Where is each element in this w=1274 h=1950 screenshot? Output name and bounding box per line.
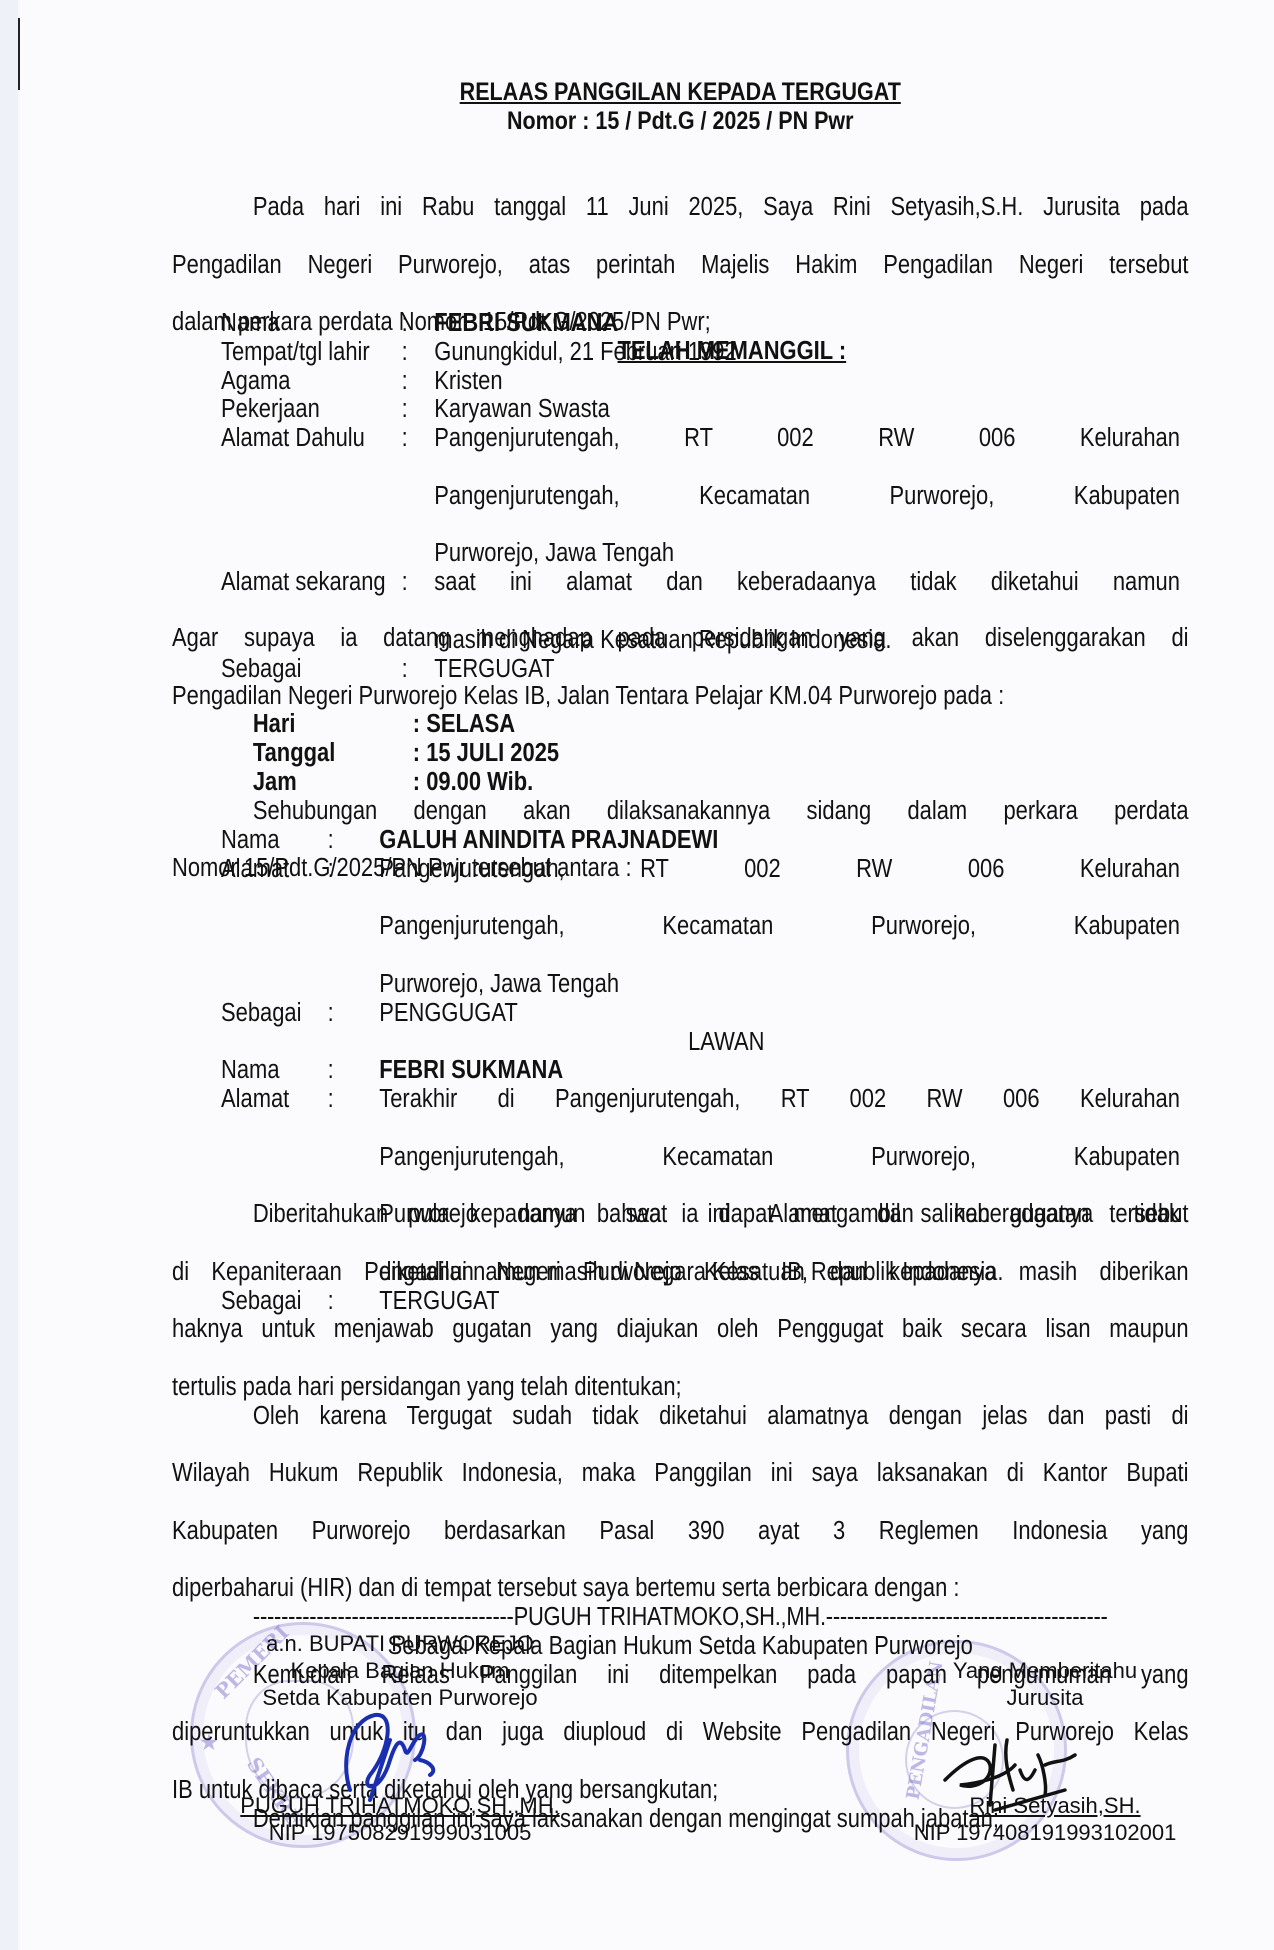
field-value: FEBRI SUKMANA [434, 309, 1180, 338]
field-label: Pekerjaan [221, 395, 402, 424]
address-line: Terakhir di Pangenjurutengah, RT 002 RW … [379, 1085, 1180, 1143]
notice-line: diperbaharui (HIR) dan di tempat tersebu… [172, 1574, 1189, 1603]
address-line: Pangenjurutengah, Kecamatan Purworejo, K… [434, 482, 1180, 540]
field-label: Sebagai [221, 999, 328, 1028]
case-number: Nomor : 15 / Pdt.G / 2025 / PN Pwr [172, 107, 1189, 136]
address-line: Pangenjurutengah, RT 002 RW 006 Keluraha… [434, 424, 1180, 482]
intro-line: Pengadilan Negeri Purworejo, atas perint… [172, 251, 1189, 309]
plaintiff-name-row: Nama : GALUH ANINDITA PRAJNADEWI [221, 826, 1180, 855]
right-handwritten-signature [935, 1725, 1085, 1815]
field-colon: : [402, 424, 435, 568]
schedule-label: Hari [253, 710, 413, 739]
notice-line: Diberitahukan pula kepadanya bahwa ia da… [172, 1200, 1189, 1258]
field-value: Kristen [434, 367, 1180, 396]
field-row: Alamat Dahulu : Pangenjurutengah, RT 002… [221, 424, 1180, 568]
field-colon: : [328, 855, 380, 999]
met-person-line: -------------------------------------PUG… [172, 1603, 1189, 1632]
field-label: Tempat/tgl lahir [221, 338, 402, 367]
scan-left-margin [0, 0, 18, 1950]
field-value: Pangenjurutengah, RT 002 RW 006 Keluraha… [434, 424, 1180, 568]
hearing-line: Agar supaya ia datang menghadap pada per… [172, 624, 1189, 682]
field-colon: : [328, 826, 380, 855]
address-line: saat ini alamat dan keberadaanya tidak d… [434, 568, 1180, 626]
schedule-row: Hari : SELASA [253, 710, 1189, 739]
intro-line: Pada hari ini Rabu tanggal 11 Juni 2025,… [172, 193, 1189, 251]
address-line: Purworejo, Jawa Tengah [434, 539, 1180, 568]
field-colon: : [328, 999, 380, 1028]
schedule-value: : SELASA [413, 710, 515, 739]
field-label: Nama [221, 1056, 328, 1085]
field-colon: : [402, 309, 435, 338]
plaintiff-name: GALUH ANINDITA PRAJNADEWI [379, 826, 1180, 855]
plaintiff-role-row: Sebagai : PENGGUGAT [221, 999, 1180, 1028]
field-value: Gunungkidul, 21 Februari 1992 [434, 338, 1180, 367]
hearing-line: Pengadilan Negeri Purworejo Kelas IB, Ja… [172, 682, 1189, 711]
right-signatory-nip: NIP 197408191993102001 [900, 1819, 1190, 1846]
defendant-name: FEBRI SUKMANA [379, 1056, 1180, 1085]
schedule-row: Tanggal : 15 JULI 2025 [253, 739, 1189, 768]
notice-line: Kabupaten Purworejo berdasarkan Pasal 39… [172, 1517, 1189, 1575]
document-header: RELAAS PANGGILAN KEPADA TERGUGAT Nomor :… [172, 78, 1189, 136]
address-line: Pangenjurutengah, RT 002 RW 006 Keluraha… [379, 855, 1180, 913]
schedule-label: Jam [253, 768, 413, 797]
field-row: Pekerjaan : Karyawan Swasta [221, 395, 1180, 424]
address-line: Pangenjurutengah, Kecamatan Purworejo, K… [379, 1143, 1180, 1201]
field-row: Nama : FEBRI SUKMANA [221, 309, 1180, 338]
right-sign-title: Yang Memberitahu [900, 1657, 1190, 1684]
plaintiff-address-row: Alamat : Pangenjurutengah, RT 002 RW 006… [221, 855, 1180, 999]
schedule-value: : 09.00 Wib. [413, 768, 533, 797]
left-handwritten-signature [320, 1700, 460, 1810]
document-title: RELAAS PANGGILAN KEPADA TERGUGAT [172, 78, 1189, 107]
defendant-name-row: Nama : FEBRI SUKMANA [221, 1056, 1180, 1085]
field-row: Agama : Kristen [221, 367, 1180, 396]
field-colon: : [402, 395, 435, 424]
notice-line: Wilayah Hukum Republik Indonesia, maka P… [172, 1459, 1189, 1517]
schedule-row: Jam : 09.00 Wib. [253, 768, 1189, 797]
address-line: Pangenjurutengah, Kecamatan Purworejo, K… [379, 912, 1180, 970]
schedule-label: Tanggal [253, 739, 413, 768]
left-sign-on-behalf: a.n. BUPATI PURWOREJO [215, 1630, 585, 1657]
plaintiff-role: PENGGUGAT [379, 999, 1180, 1028]
field-label: Alamat Dahulu [221, 424, 402, 568]
left-signatory-nip: NIP 197508291999031005 [215, 1819, 585, 1846]
notice-line: Oleh karena Tergugat sudah tidak diketah… [172, 1402, 1189, 1460]
right-sign-position: Jurusita [900, 1684, 1190, 1711]
field-colon: : [402, 338, 435, 367]
field-label: Alamat [221, 855, 328, 999]
left-sign-position: Kepala Bagian Hukum [215, 1657, 585, 1684]
plaintiff-address: Pangenjurutengah, RT 002 RW 006 Keluraha… [379, 855, 1180, 999]
field-label: Agama [221, 367, 402, 396]
field-colon: : [328, 1056, 380, 1085]
versus-label: LAWAN [221, 1028, 1180, 1057]
notice-line: haknya untuk menjawab gugatan yang diaju… [172, 1315, 1189, 1373]
field-colon: : [402, 367, 435, 396]
field-label: Nama [221, 309, 402, 338]
field-value: Karyawan Swasta [434, 395, 1180, 424]
schedule-value: : 15 JULI 2025 [413, 739, 559, 768]
notice-line: tertulis pada hari persidangan yang tela… [172, 1373, 1189, 1402]
address-line: Purworejo, Jawa Tengah [379, 970, 1180, 999]
field-label: Nama [221, 826, 328, 855]
notice-line: di Kepaniteraan Pengadilan Negeri Purwor… [172, 1258, 1189, 1316]
hearing-schedule: Hari : SELASA Tanggal : 15 JULI 2025 Jam… [172, 710, 1189, 796]
field-row: Tempat/tgl lahir : Gunungkidul, 21 Febru… [221, 338, 1180, 367]
